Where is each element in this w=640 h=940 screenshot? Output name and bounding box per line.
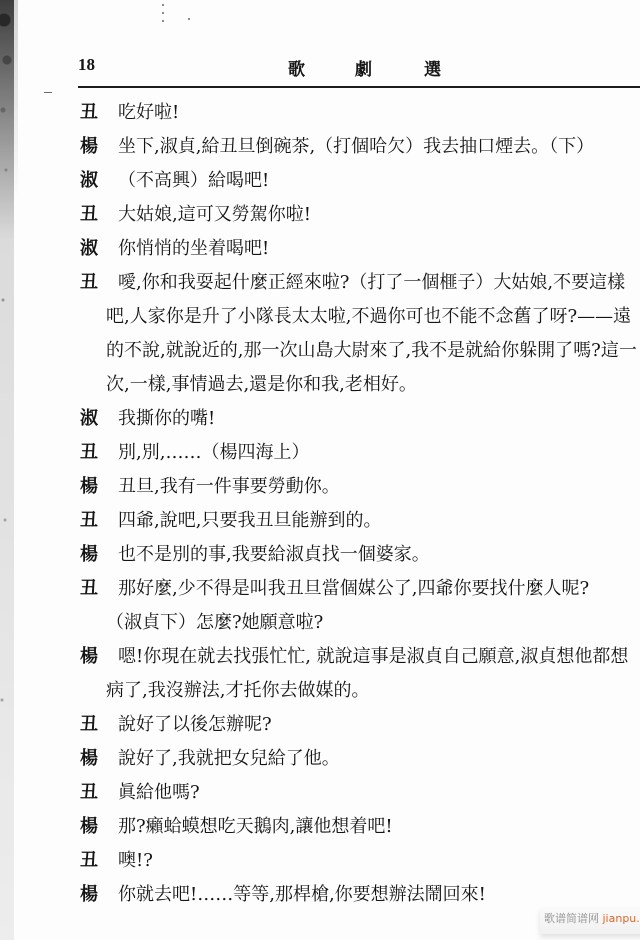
dialogue-continuation: 的不說,就說近的,那一次山島大尉來了,我不是就給你躲開了嗎?這一	[0, 334, 640, 368]
dialogue-line: 楊嗯!你現在就去找張忙忙, 就說這事是淑貞自己願意,淑貞想他都想	[0, 640, 640, 674]
dialogue-text: 你悄悄的坐着喝吧!	[118, 232, 269, 266]
speaker-name: 淑	[80, 164, 98, 198]
running-title-char: 劇	[355, 55, 372, 80]
dialogue-text: 大姑娘,這可又勞駕你啦!	[118, 198, 311, 232]
dialogue-text: 病了,我沒辦法,才托你去做媒的。	[106, 674, 369, 708]
dialogue-text: 次,一樣,事情過去,還是你和我,老相好。	[106, 368, 417, 402]
scan-speck	[44, 92, 52, 93]
dialogue-line: 楊丑旦,我有一件事要勞動你。	[0, 470, 640, 504]
dialogue-line: 楊也不是別的事,我要給淑貞找一個婆家。	[0, 538, 640, 572]
dialogue-text: （不高興）給喝吧!	[118, 164, 269, 198]
dialogue-text: 的不說,就說近的,那一次山島大尉來了,我不是就給你躲開了嗎?這一	[106, 334, 637, 368]
dialogue-line: 楊說好了,我就把女兒給了他。	[0, 742, 640, 776]
watermark-text: 歌谱简谱网	[544, 912, 599, 925]
page-number: 18	[78, 55, 95, 75]
dialogue-text: 吃好啦!	[118, 96, 179, 130]
speaker-name: 楊	[80, 742, 98, 776]
script-body: 丑吃好啦! 楊坐下,淑貞,給丑旦倒碗茶,（打個哈欠）我去抽口煙去。（下） 淑（不…	[0, 96, 640, 912]
dialogue-text: 也不是別的事,我要給淑貞找一個婆家。	[118, 538, 430, 572]
dialogue-text: 說好了,我就把女兒給了他。	[118, 742, 340, 776]
dialogue-line: 淑你悄悄的坐着喝吧!	[0, 232, 640, 266]
dialogue-line: 丑說好了以後怎辦呢?	[0, 708, 640, 742]
speaker-name: 楊	[80, 878, 98, 912]
speaker-name: 丑	[80, 776, 98, 810]
dialogue-text: 丑旦,我有一件事要勞動你。	[118, 470, 340, 504]
dialogue-line: 丑噢!?	[0, 844, 640, 878]
scan-speck	[162, 20, 164, 22]
dialogue-line: 丑吃好啦!	[0, 96, 640, 130]
dialogue-text: 說好了以後怎辦呢?	[118, 708, 272, 742]
dialogue-text: 嗯!你現在就去找張忙忙, 就說這事是淑貞自己願意,淑貞想他都想	[118, 640, 628, 674]
scan-speck	[188, 18, 190, 20]
dialogue-text: 你就去吧!……等等,那桿槍,你要想辦法鬧回來!	[118, 878, 486, 912]
watermark-domain: jianpu.cn	[603, 912, 640, 925]
dialogue-continuation: （淑貞下）怎麼?她願意啦?	[0, 606, 640, 640]
dialogue-text: 四爺,說吧,只要我丑旦能辦到的。	[118, 504, 381, 538]
dialogue-continuation: 吧,人家你是升了小隊長太太啦,不過你可也不能不念舊了呀?——遠	[0, 300, 640, 334]
running-title-char: 歌	[288, 55, 305, 80]
speaker-name: 丑	[80, 198, 98, 232]
dialogue-line: 丑那好麼,少不得是叫我丑旦當個媒公了,四爺你要找什麼人呢?	[0, 572, 640, 606]
speaker-name: 丑	[80, 572, 98, 606]
speaker-name: 楊	[80, 810, 98, 844]
speaker-name: 淑	[80, 232, 98, 266]
dialogue-text: 我撕你的嘴!	[118, 402, 215, 436]
dialogue-line: 淑（不高興）給喝吧!	[0, 164, 640, 198]
speaker-name: 楊	[80, 130, 98, 164]
speaker-name: 丑	[80, 266, 98, 300]
speaker-name: 淑	[80, 402, 98, 436]
dialogue-text: 那好麼,少不得是叫我丑旦當個媒公了,四爺你要找什麼人呢?	[118, 572, 589, 606]
speaker-name: 楊	[80, 538, 98, 572]
dialogue-line: 丑別,別,……（楊四海上）	[0, 436, 640, 470]
dialogue-text: 噯,你和我耍起什麼正經來啦?（打了一個榧子）大姑娘,不要這樣	[118, 266, 625, 300]
speaker-name: 楊	[80, 470, 98, 504]
speaker-name: 丑	[80, 708, 98, 742]
dialogue-line: 楊那?癩蛤蟆想吃天鵝肉,讓他想着吧!	[0, 810, 640, 844]
speaker-name: 楊	[80, 640, 98, 674]
dialogue-continuation: 次,一樣,事情過去,還是你和我,老相好。	[0, 368, 640, 402]
speaker-name: 丑	[80, 844, 98, 878]
header-rule	[78, 86, 640, 88]
dialogue-text: 別,別,……（楊四海上）	[118, 436, 309, 470]
dialogue-text: 噢!?	[118, 844, 153, 878]
dialogue-text: 吧,人家你是升了小隊長太太啦,不過你可也不能不念舊了呀?——遠	[106, 300, 631, 334]
dialogue-text: 那?癩蛤蟆想吃天鵝肉,讓他想着吧!	[118, 810, 393, 844]
dialogue-text: 眞給他嗎?	[118, 776, 200, 810]
dialogue-line: 楊你就去吧!……等等,那桿槍,你要想辦法鬧回來!	[0, 878, 640, 912]
dialogue-line: 丑眞給他嗎?	[0, 776, 640, 810]
dialogue-line: 丑大姑娘,這可又勞駕你啦!	[0, 198, 640, 232]
scan-speck	[162, 12, 164, 14]
scan-speck	[162, 4, 164, 6]
running-title-char: 選	[424, 55, 441, 80]
dialogue-line: 淑我撕你的嘴!	[0, 402, 640, 436]
dialogue-text: （淑貞下）怎麼?她願意啦?	[106, 606, 323, 640]
dialogue-continuation: 病了,我沒辦法,才托你去做媒的。	[0, 674, 640, 708]
site-watermark: 歌谱简谱网 jianpu.cn	[540, 908, 640, 934]
dialogue-line: 丑噯,你和我耍起什麼正經來啦?（打了一個榧子）大姑娘,不要這樣	[0, 266, 640, 300]
speaker-name: 丑	[80, 504, 98, 538]
dialogue-line: 楊坐下,淑貞,給丑旦倒碗茶,（打個哈欠）我去抽口煙去。（下）	[0, 130, 640, 164]
speaker-name: 丑	[80, 436, 98, 470]
dialogue-line: 丑四爺,說吧,只要我丑旦能辦到的。	[0, 504, 640, 538]
dialogue-text: 坐下,淑貞,給丑旦倒碗茶,（打個哈欠）我去抽口煙去。（下）	[118, 130, 594, 164]
speaker-name: 丑	[80, 96, 98, 130]
